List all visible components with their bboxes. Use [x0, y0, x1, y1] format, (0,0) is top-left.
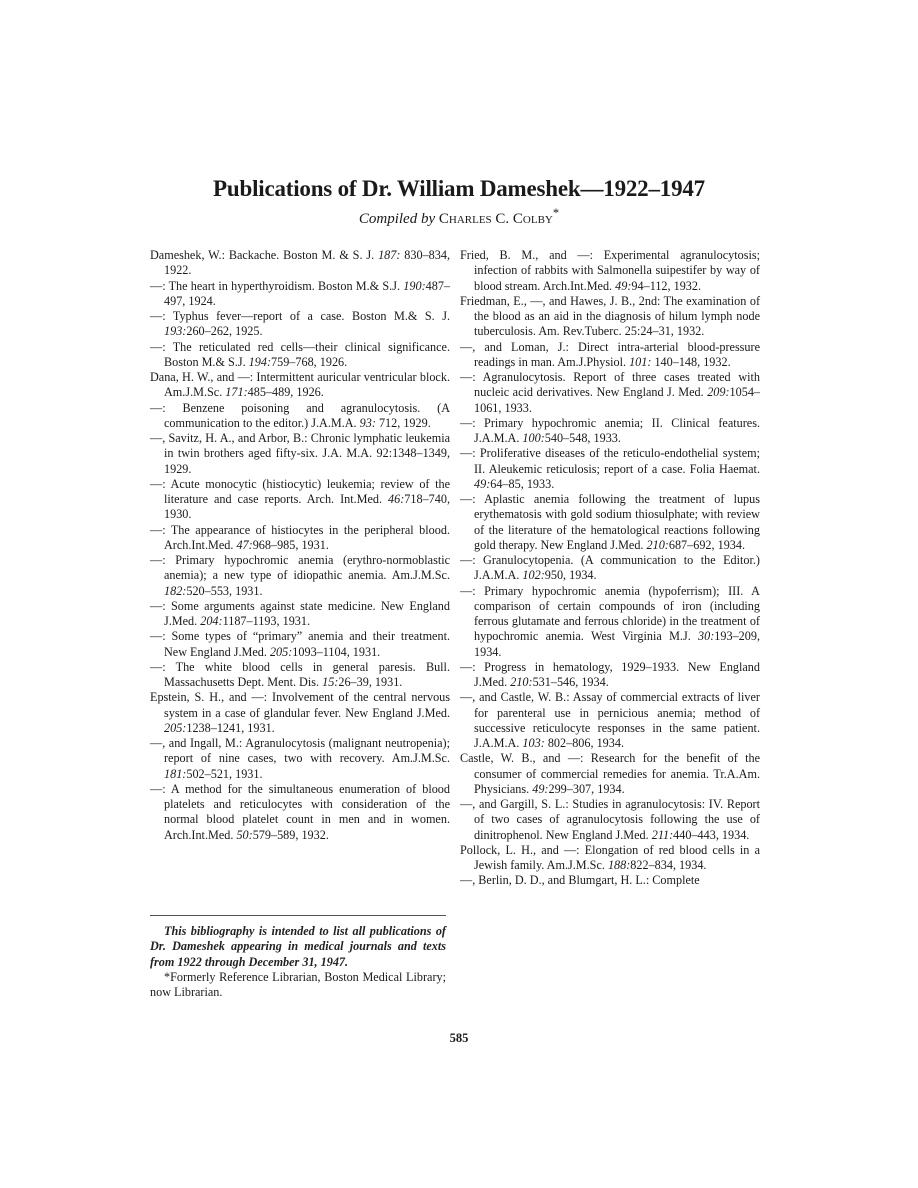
- entry-text: Dameshek, W.: Backache. Boston M. & S. J…: [150, 248, 378, 262]
- entry-pages-year: 485–489, 1926.: [248, 385, 324, 399]
- entry-volume: 193:: [164, 324, 186, 338]
- entry-volume: 171:: [225, 385, 247, 399]
- author-note: *Formerly Reference Librarian, Boston Me…: [150, 970, 446, 1001]
- bibliography-entry: —: Proliferative diseases of the reticul…: [460, 446, 760, 492]
- page-title: Publications of Dr. William Dameshek—192…: [0, 176, 918, 202]
- entry-volume: 181:: [164, 767, 186, 781]
- entry-pages-year: 759–768, 1926.: [271, 355, 347, 369]
- entry-pages-year: 1238–1241, 1931.: [186, 721, 274, 735]
- footnote-divider: [150, 915, 446, 916]
- entry-text: Epstein, S. H., and —: Involvement of th…: [150, 690, 450, 719]
- entry-volume: 210:: [510, 675, 532, 689]
- scope-note: This bibliography is intended to list al…: [150, 924, 446, 970]
- entry-pages-year: 64–85, 1933.: [490, 477, 554, 491]
- entry-text: Fried, B. M., and —: Experimental agranu…: [460, 248, 760, 293]
- entry-volume: 49:: [532, 782, 548, 796]
- bibliography-entry: —, Berlin, D. D., and Blumgart, H. L.: C…: [460, 873, 760, 888]
- entry-pages-year: 687–692, 1934.: [669, 538, 745, 552]
- entry-pages-year: 968–985, 1931.: [253, 538, 329, 552]
- entry-text: —: Typhus fever—report of a case. Boston…: [150, 309, 450, 323]
- bibliography-entry: —, and Ingall, M.: Agranulocytosis (mali…: [150, 736, 450, 782]
- bibliography-entry: —: Progress in hematology, 1929–1933. Ne…: [460, 660, 760, 691]
- bibliography-entry: Castle, W. B., and —: Research for the b…: [460, 751, 760, 797]
- entry-volume: 190:: [403, 279, 425, 293]
- entry-pages-year: 299–307, 1934.: [548, 782, 624, 796]
- entry-text: —: The white blood cells in general pare…: [150, 660, 450, 689]
- page-number: 585: [0, 1031, 918, 1046]
- bibliography-entry: —: Some arguments against state medicine…: [150, 599, 450, 630]
- footnotes: This bibliography is intended to list al…: [150, 924, 446, 1000]
- entry-volume: 187:: [378, 248, 400, 262]
- entry-volume: 46:: [388, 492, 404, 506]
- entry-text: —: Proliferative diseases of the reticul…: [460, 446, 760, 475]
- bibliography-entry: Epstein, S. H., and —: Involvement of th…: [150, 690, 450, 736]
- bibliography-entry: —: Acute monocytic (histiocytic) leukemi…: [150, 477, 450, 523]
- entry-volume: 50:: [236, 828, 252, 842]
- entry-volume: 205:: [270, 645, 292, 659]
- entry-text: —, Berlin, D. D., and Blumgart, H. L.: C…: [460, 873, 700, 887]
- bibliography-entry: —: Agranulocytosis. Report of three case…: [460, 370, 760, 416]
- bibliography-entry: —, Savitz, H. A., and Arbor, B.: Chronic…: [150, 431, 450, 477]
- byline-prefix: Compiled by: [359, 211, 435, 227]
- entry-volume: 49:: [474, 477, 490, 491]
- entry-volume: 182:: [164, 584, 186, 598]
- entry-pages-year: 502–521, 1931.: [186, 767, 262, 781]
- bibliography-entry: Pollock, L. H., and —: Elongation of red…: [460, 843, 760, 874]
- entry-volume: 15:: [322, 675, 338, 689]
- entry-volume: 204:: [200, 614, 222, 628]
- entry-text: —, Savitz, H. A., and Arbor, B.: Chronic…: [150, 431, 450, 476]
- entry-pages-year: 579–589, 1932.: [253, 828, 329, 842]
- entry-volume: 194:: [249, 355, 271, 369]
- byline-footnote-mark: *: [553, 206, 559, 220]
- entry-text: —: Granulocytopenia. (A communication to…: [460, 553, 760, 582]
- entry-volume: 30:: [698, 629, 714, 643]
- bibliography-entry: Friedman, E., —, and Hawes, J. B., 2nd: …: [460, 294, 760, 340]
- bibliography-entry: —: A method for the simultaneous enumera…: [150, 782, 450, 843]
- bibliography-entry: —: Primary hypochromic anemia (erythro-n…: [150, 553, 450, 599]
- entry-text: Friedman, E., —, and Hawes, J. B., 2nd: …: [460, 294, 760, 339]
- byline: Compiled by Charles C. Colby*: [0, 206, 918, 228]
- entry-pages-year: 520–553, 1931.: [186, 584, 262, 598]
- right-column: Fried, B. M., and —: Experimental agranu…: [460, 248, 760, 889]
- bibliography-entry: —: The heart in hyperthyroidism. Boston …: [150, 279, 450, 310]
- left-column: Dameshek, W.: Backache. Boston M. & S. J…: [150, 248, 450, 843]
- bibliography-entry: Dameshek, W.: Backache. Boston M. & S. J…: [150, 248, 450, 279]
- entry-volume: 102:: [522, 568, 544, 582]
- entry-text: —: The heart in hyperthyroidism. Boston …: [150, 279, 403, 293]
- entry-pages-year: 440–443, 1934.: [673, 828, 749, 842]
- entry-pages-year: 822–834, 1934.: [630, 858, 706, 872]
- bibliography-entry: —, and Castle, W. B.: Assay of commercia…: [460, 690, 760, 751]
- entry-volume: 188:: [608, 858, 630, 872]
- entry-volume: 100:: [522, 431, 544, 445]
- entry-pages-year: 1093–1104, 1931.: [292, 645, 380, 659]
- entry-volume: 211:: [652, 828, 673, 842]
- bibliography-entry: —: The white blood cells in general pare…: [150, 660, 450, 691]
- entry-volume: 205:: [164, 721, 186, 735]
- entry-text: —: Primary hypochromic anemia (erythro-n…: [150, 553, 450, 582]
- bibliography-entry: —: The reticulated red cells—their clini…: [150, 340, 450, 371]
- entry-pages-year: 531–546, 1934.: [533, 675, 609, 689]
- bibliography-entry: —: Benzene poisoning and agranulocytosis…: [150, 401, 450, 432]
- bibliography-entry: —: Some types of “primary” anemia and th…: [150, 629, 450, 660]
- bibliography-entry: —, and Gargill, S. L.: Studies in agranu…: [460, 797, 760, 843]
- entry-text: —: Progress in hematology, 1929–1933. Ne…: [460, 660, 760, 689]
- entry-volume: 210:: [647, 538, 669, 552]
- entry-pages-year: 712, 1929.: [376, 416, 431, 430]
- entry-pages-year: 140–148, 1932.: [651, 355, 730, 369]
- bibliography-entry: Dana, H. W., and —: Intermittent auricul…: [150, 370, 450, 401]
- entry-volume: 103:: [522, 736, 544, 750]
- entry-volume: 209:: [707, 385, 729, 399]
- bibliography-entry: —, and Loman, J.: Direct intra-arterial …: [460, 340, 760, 371]
- entry-pages-year: 260–262, 1925.: [186, 324, 262, 338]
- entry-volume: 49:: [615, 279, 631, 293]
- entry-volume: 93:: [360, 416, 376, 430]
- entry-volume: 47:: [236, 538, 252, 552]
- bibliography-entry: —: Primary hypochromic anemia (hypoferri…: [460, 584, 760, 660]
- bibliography-entry: —: Typhus fever—report of a case. Boston…: [150, 309, 450, 340]
- entry-pages-year: 540–548, 1933.: [545, 431, 621, 445]
- bibliography-entry: —: Granulocytopenia. (A communication to…: [460, 553, 760, 584]
- bibliography-entry: —: The appearance of histiocytes in the …: [150, 523, 450, 554]
- bibliography-entry: Fried, B. M., and —: Experimental agranu…: [460, 248, 760, 294]
- entry-text: —, and Ingall, M.: Agranulocytosis (mali…: [150, 736, 450, 765]
- bibliography-entry: —: Aplastic anemia following the treatme…: [460, 492, 760, 553]
- entry-volume: 101:: [629, 355, 651, 369]
- bibliography-entry: —: Primary hypochromic anemia; II. Clini…: [460, 416, 760, 447]
- entry-pages-year: 950, 1934.: [545, 568, 597, 582]
- entry-pages-year: 802–806, 1934.: [545, 736, 624, 750]
- entry-pages-year: 94–112, 1932.: [631, 279, 701, 293]
- byline-name: Charles C. Colby: [439, 211, 553, 227]
- entry-pages-year: 1187–1193, 1931.: [223, 614, 310, 628]
- entry-pages-year: 26–39, 1931.: [338, 675, 402, 689]
